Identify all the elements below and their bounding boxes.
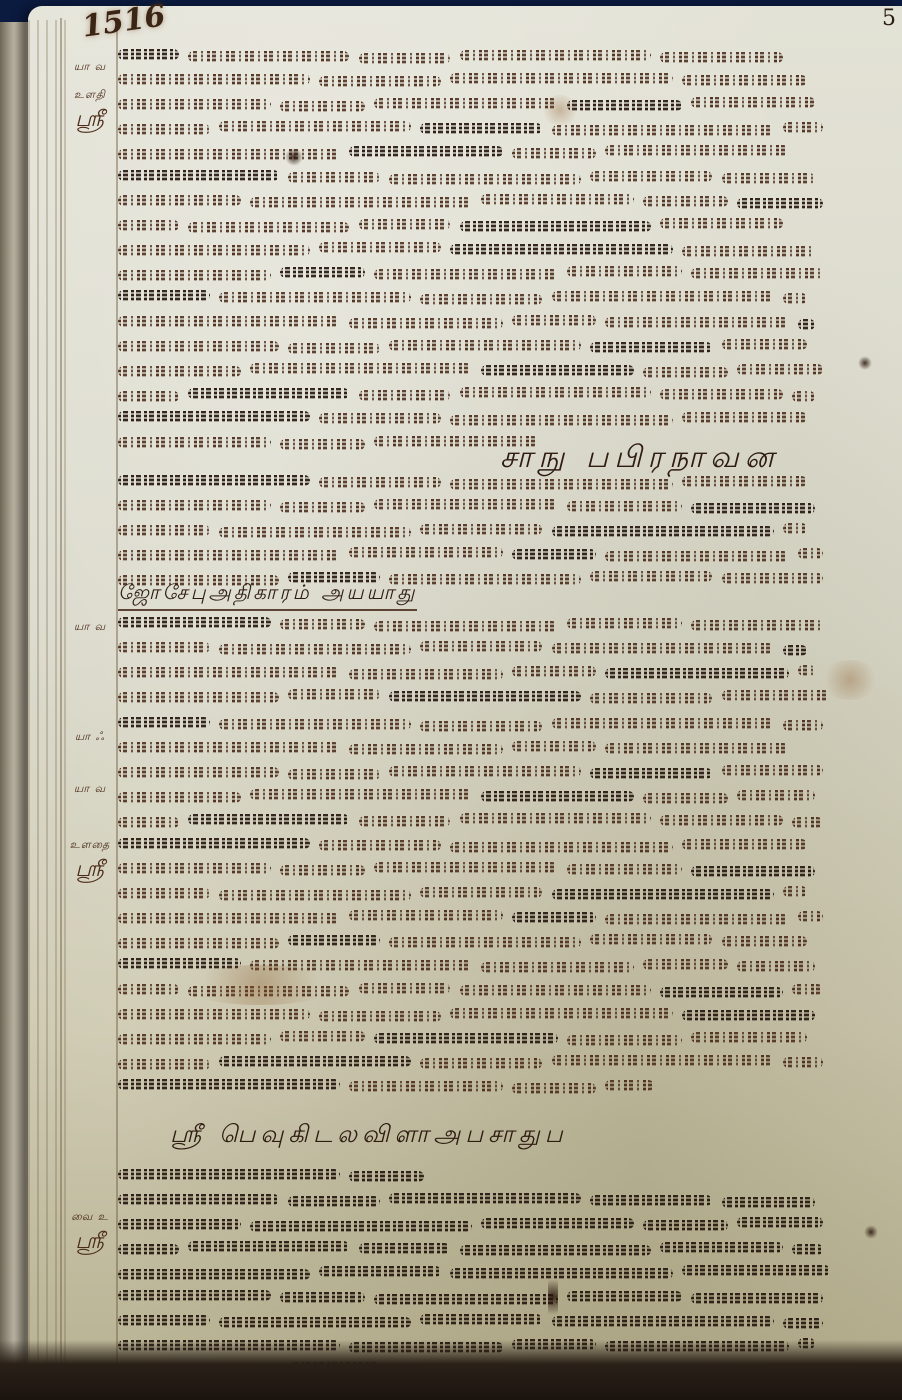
margin-note-label: வை உ — [71, 1210, 108, 1223]
margin-note-label: யா ஃ — [75, 730, 105, 743]
handwritten-word — [567, 618, 682, 629]
handwritten-word — [374, 98, 558, 109]
handwritten-line — [118, 1285, 884, 1309]
handwritten-word — [605, 551, 789, 562]
ink-blot — [864, 1225, 878, 1239]
handwritten-word — [783, 1057, 823, 1068]
handwritten-word — [374, 1294, 558, 1305]
handwritten-word — [460, 221, 652, 232]
handwritten-word — [460, 50, 652, 61]
handwritten-word — [420, 524, 543, 535]
handwritten-word — [450, 842, 672, 853]
handwritten-word — [118, 913, 340, 924]
margin-note-label: உளதை — [70, 838, 110, 851]
handwritten-word — [605, 317, 789, 328]
handwritten-line — [118, 1237, 884, 1261]
handwritten-word — [349, 1171, 424, 1182]
handwritten-word — [118, 550, 340, 561]
handwritten-word — [359, 983, 451, 994]
handwritten-word — [792, 391, 815, 402]
handwritten-word — [783, 720, 823, 731]
handwritten-word — [567, 1035, 682, 1046]
handwritten-word — [590, 571, 713, 582]
handwritten-line — [118, 189, 884, 213]
margin-note: உளதைஶ்ரீ — [62, 838, 118, 885]
handwritten-word — [118, 170, 279, 181]
handwritten-word — [450, 415, 672, 426]
margin-note: வை உஶ்ரீ — [62, 1210, 118, 1257]
handwritten-word — [118, 220, 179, 231]
handwritten-word — [319, 1266, 442, 1277]
handwritten-word — [660, 1242, 783, 1253]
handwritten-word — [590, 693, 713, 704]
handwritten-line — [118, 760, 884, 784]
handwritten-word — [389, 340, 581, 351]
handwritten-word — [691, 268, 823, 279]
handwritten-word — [280, 1292, 364, 1303]
text-block-1 — [118, 44, 884, 455]
handwritten-word — [118, 792, 241, 803]
handwritten-word — [118, 475, 310, 486]
handwritten-word — [118, 366, 241, 377]
handwritten-word — [691, 503, 815, 514]
handwritten-word — [552, 643, 774, 654]
handwritten-word — [682, 412, 808, 423]
handwritten-word — [280, 439, 364, 450]
handwritten-line — [118, 636, 884, 660]
handwritten-word — [643, 793, 727, 804]
handwritten-word — [691, 1293, 823, 1304]
handwritten-word — [118, 411, 310, 422]
handwritten-word — [567, 266, 682, 277]
handwritten-word — [319, 1011, 442, 1022]
handwritten-word — [219, 527, 411, 538]
handwritten-word — [660, 987, 783, 998]
handwritten-word — [250, 363, 472, 374]
handwritten-line — [118, 358, 884, 382]
handwritten-line — [118, 165, 884, 189]
handwritten-word — [389, 174, 581, 185]
handwritten-word — [512, 148, 596, 159]
handwritten-word — [660, 389, 783, 400]
handwritten-word — [219, 719, 411, 730]
handwritten-line — [118, 44, 884, 68]
handwritten-word — [280, 619, 364, 630]
handwritten-word — [420, 887, 543, 898]
handwritten-word — [590, 768, 713, 779]
handwritten-word — [420, 294, 543, 305]
handwritten-word — [567, 501, 682, 512]
handwritten-line — [118, 857, 884, 881]
handwritten-word — [250, 1221, 472, 1232]
handwritten-word — [481, 365, 634, 376]
handwritten-word — [420, 721, 543, 732]
handwritten-word — [118, 1244, 179, 1255]
margin-note-label: உளதி — [74, 88, 106, 101]
handwritten-word — [319, 242, 442, 253]
handwritten-line — [118, 543, 884, 567]
handwritten-word — [118, 1034, 271, 1045]
handwritten-word — [118, 1079, 340, 1090]
handwritten-word — [250, 789, 472, 800]
handwritten-word — [420, 641, 543, 652]
handwritten-word — [691, 620, 823, 631]
handwritten-line — [118, 881, 884, 905]
handwritten-word — [481, 194, 634, 205]
shri-symbol-icon: ஶ்ரீ — [62, 107, 118, 135]
handwritten-word — [280, 502, 364, 513]
handwritten-word — [349, 318, 502, 329]
handwritten-word — [219, 1317, 411, 1328]
handwritten-word — [118, 767, 279, 778]
handwritten-word — [420, 1058, 543, 1069]
handwritten-word — [118, 525, 210, 536]
handwritten-word — [188, 222, 349, 233]
handwritten-word — [118, 642, 210, 653]
handwritten-word — [737, 790, 815, 801]
handwritten-word — [552, 718, 774, 729]
handwritten-word — [481, 1218, 634, 1229]
handwritten-line — [118, 1261, 884, 1285]
handwritten-word — [512, 741, 596, 752]
handwritten-word — [288, 935, 380, 946]
handwritten-line — [118, 833, 884, 857]
handwritten-word — [288, 769, 380, 780]
handwritten-word — [118, 984, 179, 995]
handwritten-word — [552, 889, 774, 900]
handwritten-word — [737, 1217, 823, 1228]
handwritten-word — [319, 413, 442, 424]
handwritten-word — [118, 1219, 241, 1230]
handwritten-line — [118, 1075, 884, 1099]
handwritten-word — [118, 270, 271, 281]
handwritten-word — [118, 838, 310, 849]
handwritten-word — [460, 985, 652, 996]
handwritten-word — [460, 1245, 652, 1256]
handwritten-word — [450, 1268, 672, 1279]
handwritten-line — [118, 518, 884, 542]
handwritten-word — [512, 549, 596, 560]
handwritten-word — [288, 172, 380, 183]
handwritten-word — [798, 665, 815, 676]
handwritten-word — [722, 173, 815, 184]
handwritten-word — [389, 574, 581, 585]
handwritten-word — [319, 840, 442, 851]
handwritten-word — [798, 911, 823, 922]
handwritten-line — [118, 612, 884, 636]
handwritten-word — [188, 1241, 349, 1252]
handwritten-word — [737, 198, 823, 209]
handwritten-word — [682, 839, 808, 850]
handwritten-line — [118, 930, 884, 954]
handwritten-line — [118, 1212, 884, 1236]
handwritten-word — [798, 548, 823, 559]
handwritten-word — [118, 500, 271, 511]
ink-stroke — [548, 1272, 558, 1322]
handwritten-word — [605, 668, 789, 679]
handwritten-word — [481, 962, 634, 973]
handwritten-word — [389, 691, 581, 702]
handwritten-word — [682, 1010, 815, 1021]
handwritten-word — [118, 667, 340, 678]
margin-note-label: யா வ — [74, 782, 106, 795]
handwritten-line — [118, 1051, 884, 1075]
handwritten-word — [643, 196, 727, 207]
handwritten-word — [118, 817, 179, 828]
handwritten-word — [188, 51, 349, 62]
handwritten-word — [319, 76, 442, 87]
handwritten-word — [450, 1008, 672, 1019]
handwritten-word — [552, 526, 774, 537]
handwritten-word — [374, 499, 558, 510]
handwritten-word — [798, 319, 815, 330]
handwritten-word — [349, 146, 502, 157]
handwritten-line — [118, 92, 884, 116]
handwritten-line — [118, 906, 884, 930]
handwritten-word — [722, 1197, 815, 1208]
margin-note: உளதிஶ்ரீ — [62, 88, 118, 135]
ink-stain — [180, 965, 340, 1005]
handwritten-word — [349, 547, 502, 558]
handwritten-line — [118, 736, 884, 760]
handwritten-word — [783, 1318, 823, 1329]
handwritten-word — [691, 866, 815, 877]
handwritten-word — [280, 1031, 364, 1042]
handwritten-word — [118, 1194, 279, 1205]
section-heading-centered: ஶ்ரீ பெவுகிடலவிளாஅபசாதுப — [170, 1120, 568, 1151]
shri-symbol-icon: ஶ்ரீ — [62, 1229, 118, 1257]
handwritten-word — [118, 1269, 310, 1280]
handwritten-line — [118, 383, 884, 407]
handwritten-word — [288, 1196, 380, 1207]
handwritten-line — [118, 213, 884, 237]
handwritten-line — [118, 685, 884, 709]
ink-stain — [540, 95, 580, 125]
text-block-4 — [118, 712, 884, 1099]
handwritten-word — [219, 292, 411, 303]
handwritten-word — [359, 53, 451, 64]
handwritten-word — [460, 813, 652, 824]
handwritten-word — [288, 343, 380, 354]
handwritten-word — [374, 862, 558, 873]
handwritten-word — [590, 342, 713, 353]
handwritten-word — [783, 886, 808, 897]
handwritten-word — [460, 387, 652, 398]
handwritten-word — [691, 97, 815, 108]
handwritten-line — [118, 1309, 884, 1333]
handwritten-line — [118, 262, 884, 286]
handwritten-word — [643, 367, 727, 378]
margin-note: யா ஃ — [62, 730, 118, 745]
handwritten-line — [118, 334, 884, 358]
handwritten-line — [118, 1002, 884, 1026]
margin-note: யா வ — [62, 620, 118, 635]
handwritten-word — [512, 1083, 596, 1094]
handwritten-word — [783, 645, 808, 656]
handwritten-word — [219, 890, 411, 901]
text-block-2 — [118, 470, 884, 591]
handwritten-word — [374, 269, 558, 280]
handwritten-word — [349, 744, 502, 755]
handwritten-word — [567, 864, 682, 875]
handwritten-word — [682, 1265, 831, 1276]
handwritten-word — [389, 1193, 581, 1204]
handwritten-word — [319, 477, 442, 488]
handwritten-word — [118, 1290, 271, 1301]
handwritten-word — [118, 391, 179, 402]
handwritten-word — [605, 743, 789, 754]
handwritten-word — [349, 1081, 502, 1092]
handwritten-word — [219, 644, 411, 655]
handwritten-word — [280, 267, 364, 278]
handwritten-word — [359, 816, 451, 827]
handwritten-word — [118, 717, 210, 728]
page-stack-edges — [28, 20, 68, 1380]
handwritten-line — [118, 809, 884, 833]
handwritten-word — [590, 171, 713, 182]
text-block-3 — [118, 612, 884, 709]
handwritten-word — [118, 742, 340, 753]
handwritten-word — [219, 121, 411, 132]
handwritten-word — [643, 1220, 727, 1231]
inline-heading: சாநு பபிரநாவன — [500, 440, 780, 479]
margin-note: யா வ — [62, 782, 118, 797]
handwritten-word — [552, 125, 774, 136]
handwritten-word — [374, 621, 558, 632]
handwritten-word — [450, 244, 672, 255]
handwritten-word — [280, 865, 364, 876]
handwritten-line — [118, 1026, 884, 1050]
handwritten-word — [722, 690, 831, 701]
handwritten-word — [250, 197, 472, 208]
handwritten-word — [359, 1243, 451, 1254]
handwritten-word — [552, 291, 774, 302]
handwritten-word — [280, 101, 364, 112]
handwritten-word — [188, 814, 349, 825]
handwritten-word — [512, 315, 596, 326]
handwritten-word — [118, 316, 340, 327]
handwritten-word — [359, 219, 451, 230]
handwritten-word — [737, 364, 823, 375]
ink-blot — [285, 148, 303, 166]
handwritten-word — [605, 1080, 654, 1091]
handwritten-word — [420, 1314, 543, 1325]
handwritten-word — [567, 1291, 682, 1302]
handwritten-word — [420, 123, 543, 134]
handwritten-word — [590, 1195, 713, 1206]
shri-symbol-icon: ஶ்ரீ — [62, 857, 118, 885]
handwritten-word — [118, 49, 179, 60]
handwritten-word — [722, 573, 823, 584]
margin-note: யா வ — [62, 60, 118, 75]
handwritten-word — [682, 246, 815, 257]
handwritten-word — [118, 1059, 210, 1070]
handwritten-line — [118, 117, 884, 141]
handwritten-word — [118, 149, 340, 160]
handwritten-word — [605, 914, 789, 925]
handwritten-word — [792, 984, 823, 995]
handwritten-word — [118, 1169, 340, 1180]
ink-blot — [858, 356, 872, 370]
handwritten-word — [567, 100, 682, 111]
handwritten-word — [118, 124, 210, 135]
handwritten-word — [792, 817, 823, 828]
handwritten-word — [552, 1316, 774, 1327]
handwritten-word — [682, 75, 808, 86]
handwritten-word — [118, 99, 271, 110]
handwritten-word — [389, 937, 581, 948]
handwritten-line — [118, 141, 884, 165]
handwritten-word — [118, 74, 310, 85]
handwritten-word — [118, 888, 210, 899]
handwritten-line — [118, 785, 884, 809]
handwritten-word — [450, 73, 672, 84]
handwritten-word — [349, 669, 502, 680]
handwritten-word — [118, 1009, 310, 1020]
handwritten-word — [118, 290, 210, 301]
handwritten-word — [219, 1056, 411, 1067]
handwritten-word — [288, 689, 380, 700]
handwritten-word — [643, 959, 727, 970]
handwritten-word — [792, 1244, 823, 1255]
handwritten-word — [783, 293, 808, 304]
margin-note-label: யா வ — [74, 60, 106, 73]
section-heading-joseph: ஜோசேபுஅதிகாரம் அயயாது — [118, 580, 417, 611]
handwritten-word — [737, 961, 815, 972]
handwritten-line — [118, 407, 884, 431]
corner-mark: 5 — [882, 6, 896, 31]
handwritten-word — [349, 910, 502, 921]
handwritten-word — [118, 1315, 210, 1326]
handwritten-line — [118, 712, 884, 736]
handwritten-word — [552, 1055, 774, 1066]
handwritten-word — [605, 145, 789, 156]
left-margin-rule — [60, 18, 62, 1370]
handwritten-word — [118, 195, 241, 206]
handwritten-word — [450, 479, 672, 490]
handwritten-word — [118, 437, 271, 448]
handwritten-word — [188, 388, 349, 399]
handwritten-word — [118, 617, 271, 628]
handwritten-word — [512, 666, 596, 677]
handwritten-line — [118, 286, 884, 310]
handwritten-word — [481, 791, 634, 802]
ink-stain — [820, 660, 880, 700]
handwritten-word — [722, 339, 808, 350]
handwritten-line — [118, 68, 884, 92]
handwritten-word — [374, 1033, 558, 1044]
margin-note-label: யா வ — [74, 620, 106, 633]
handwritten-line — [118, 238, 884, 262]
handwritten-word — [660, 815, 783, 826]
handwritten-line — [118, 494, 884, 518]
handwritten-word — [660, 52, 783, 63]
table-surface — [0, 1340, 902, 1400]
handwritten-line — [118, 660, 884, 684]
handwritten-line — [118, 1164, 884, 1188]
handwritten-word — [722, 765, 823, 776]
handwritten-word — [118, 692, 279, 703]
handwritten-word — [512, 912, 596, 923]
handwritten-word — [118, 245, 310, 256]
handwritten-line — [118, 310, 884, 334]
handwritten-word — [389, 766, 581, 777]
handwritten-word — [660, 218, 783, 229]
handwritten-word — [691, 1032, 807, 1043]
handwritten-word — [118, 863, 271, 874]
handwritten-word — [722, 936, 808, 947]
handwritten-word — [783, 523, 808, 534]
